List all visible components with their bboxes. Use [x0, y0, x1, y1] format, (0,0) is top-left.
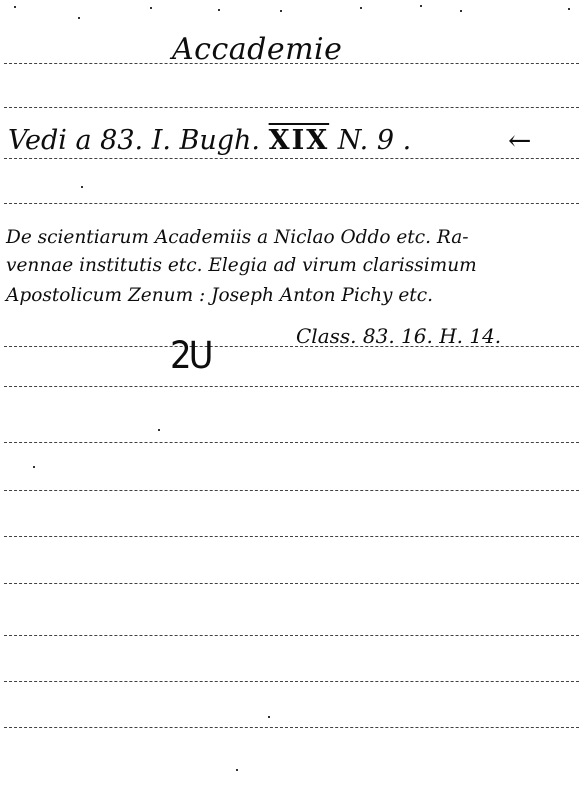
reference-prefix: Vedi a 83. I. Bugh.	[8, 125, 260, 156]
scan-speck	[81, 186, 83, 188]
catalog-card: Accademie Vedi a 83. I. Bugh. XIX N. 9 .…	[0, 0, 583, 800]
shelfmark: Class. 83. 16. H. 14.	[296, 324, 501, 348]
reference-volume: XIX	[269, 125, 330, 156]
scan-speck	[420, 5, 422, 7]
ruled-line	[4, 203, 579, 204]
ruled-line	[4, 107, 579, 108]
description-line-2: vennae institutis etc. Elegia ad virum c…	[6, 255, 477, 276]
scan-speck	[268, 716, 270, 718]
scan-speck	[78, 17, 80, 19]
cross-reference: Vedi a 83. I. Bugh. XIX N. 9 .	[8, 125, 411, 156]
scan-speck	[360, 7, 362, 9]
ruled-line	[4, 536, 579, 537]
scan-speck	[280, 10, 282, 12]
ruled-line	[4, 490, 579, 491]
ruled-line	[4, 583, 579, 584]
scan-speck	[218, 9, 220, 11]
scan-speck	[460, 10, 462, 12]
description-line-1: De scientiarum Academiis a Niclao Oddo e…	[6, 227, 469, 248]
ruled-line	[4, 386, 579, 387]
scan-speck	[158, 429, 160, 431]
ruled-line	[4, 727, 579, 728]
card-heading: Accademie	[172, 32, 342, 67]
ruled-line	[4, 681, 579, 682]
scan-speck	[568, 8, 570, 10]
description-line-3: Apostolicum Zenum : Joseph Anton Pichy e…	[6, 285, 433, 306]
scan-speck	[236, 769, 238, 771]
ruled-line	[4, 158, 579, 159]
ruled-line	[4, 635, 579, 636]
scan-speck	[150, 7, 152, 9]
scan-speck	[14, 6, 16, 8]
stamp-mark: 2U	[170, 334, 211, 378]
scan-speck	[33, 466, 35, 468]
left-arrow-icon: ←	[508, 124, 531, 157]
ruled-line	[4, 442, 579, 443]
reference-number: N. 9 .	[338, 125, 411, 156]
